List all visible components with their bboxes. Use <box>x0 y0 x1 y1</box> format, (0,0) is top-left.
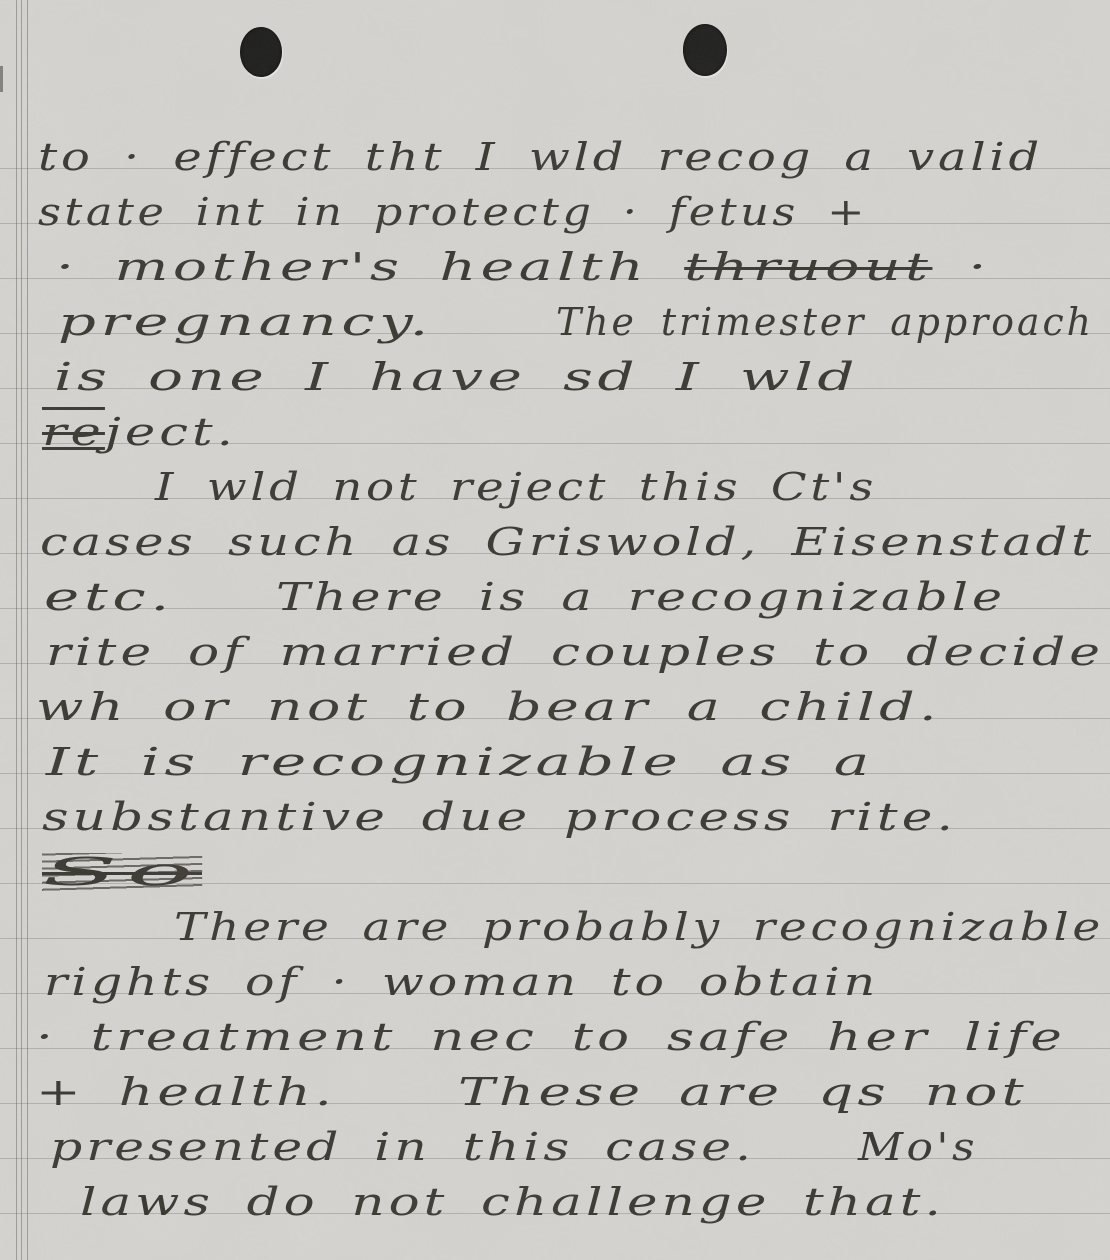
handwritten-line: I wld not reject this Ct's <box>155 468 877 506</box>
margin-line <box>16 0 17 1260</box>
scratched-letters: re <box>42 410 105 454</box>
struck-word: thruout <box>684 245 932 289</box>
paper-sheet: to · effect tht I wld recog a valid stat… <box>0 0 1110 1260</box>
left-punch-hole-icon <box>240 27 282 77</box>
handwritten-line: Mo's <box>858 1128 978 1166</box>
handwritten-line: reject. <box>42 413 237 451</box>
handwritten-line: It is recognizable as a <box>46 743 874 781</box>
handwritten-line: wh or not to bear a child. <box>36 688 941 726</box>
line-text: · mother's health <box>56 245 684 289</box>
handwritten-line: laws do not challenge that. <box>80 1183 945 1221</box>
handwritten-line: is one I have sd I wld <box>54 358 859 396</box>
margin-line <box>27 0 28 1260</box>
scan-edge-mark <box>0 66 3 92</box>
handwritten-line: + health. <box>36 1073 336 1111</box>
right-punch-hole-icon <box>683 24 727 76</box>
handwritten-line: · treatment nec to safe her life <box>36 1018 1066 1056</box>
handwritten-line: The trimester approach <box>556 303 1094 341</box>
handwritten-line: state int in protectg · fetus + <box>38 193 868 231</box>
handwritten-line: rite of married couples to decide <box>46 633 1104 671</box>
handwritten-line: presented in this case. <box>50 1128 755 1166</box>
line-text: ject. <box>105 410 237 454</box>
handwritten-line: There is a recognizable <box>276 578 1006 616</box>
handwritten-line: substantive due process rite. <box>42 798 957 836</box>
handwritten-line: etc. <box>44 578 174 616</box>
handwritten-line: These are qs not <box>458 1073 1028 1111</box>
handwritten-line: · mother's health thruout · <box>56 248 991 286</box>
handwritten-line: cases such as Griswold, Eisenstadt <box>40 523 1095 561</box>
line-text: · <box>932 245 991 289</box>
handwritten-line: rights of · woman to obtain <box>44 963 879 1001</box>
margin-line <box>21 0 22 1260</box>
handwritten-line: There are probably recognizable <box>174 908 1104 946</box>
handwritten-line: pregnancy. <box>58 303 433 341</box>
scribbled-out-word: So <box>42 853 202 891</box>
handwritten-line: to · effect tht I wld recog a valid <box>38 138 1043 176</box>
